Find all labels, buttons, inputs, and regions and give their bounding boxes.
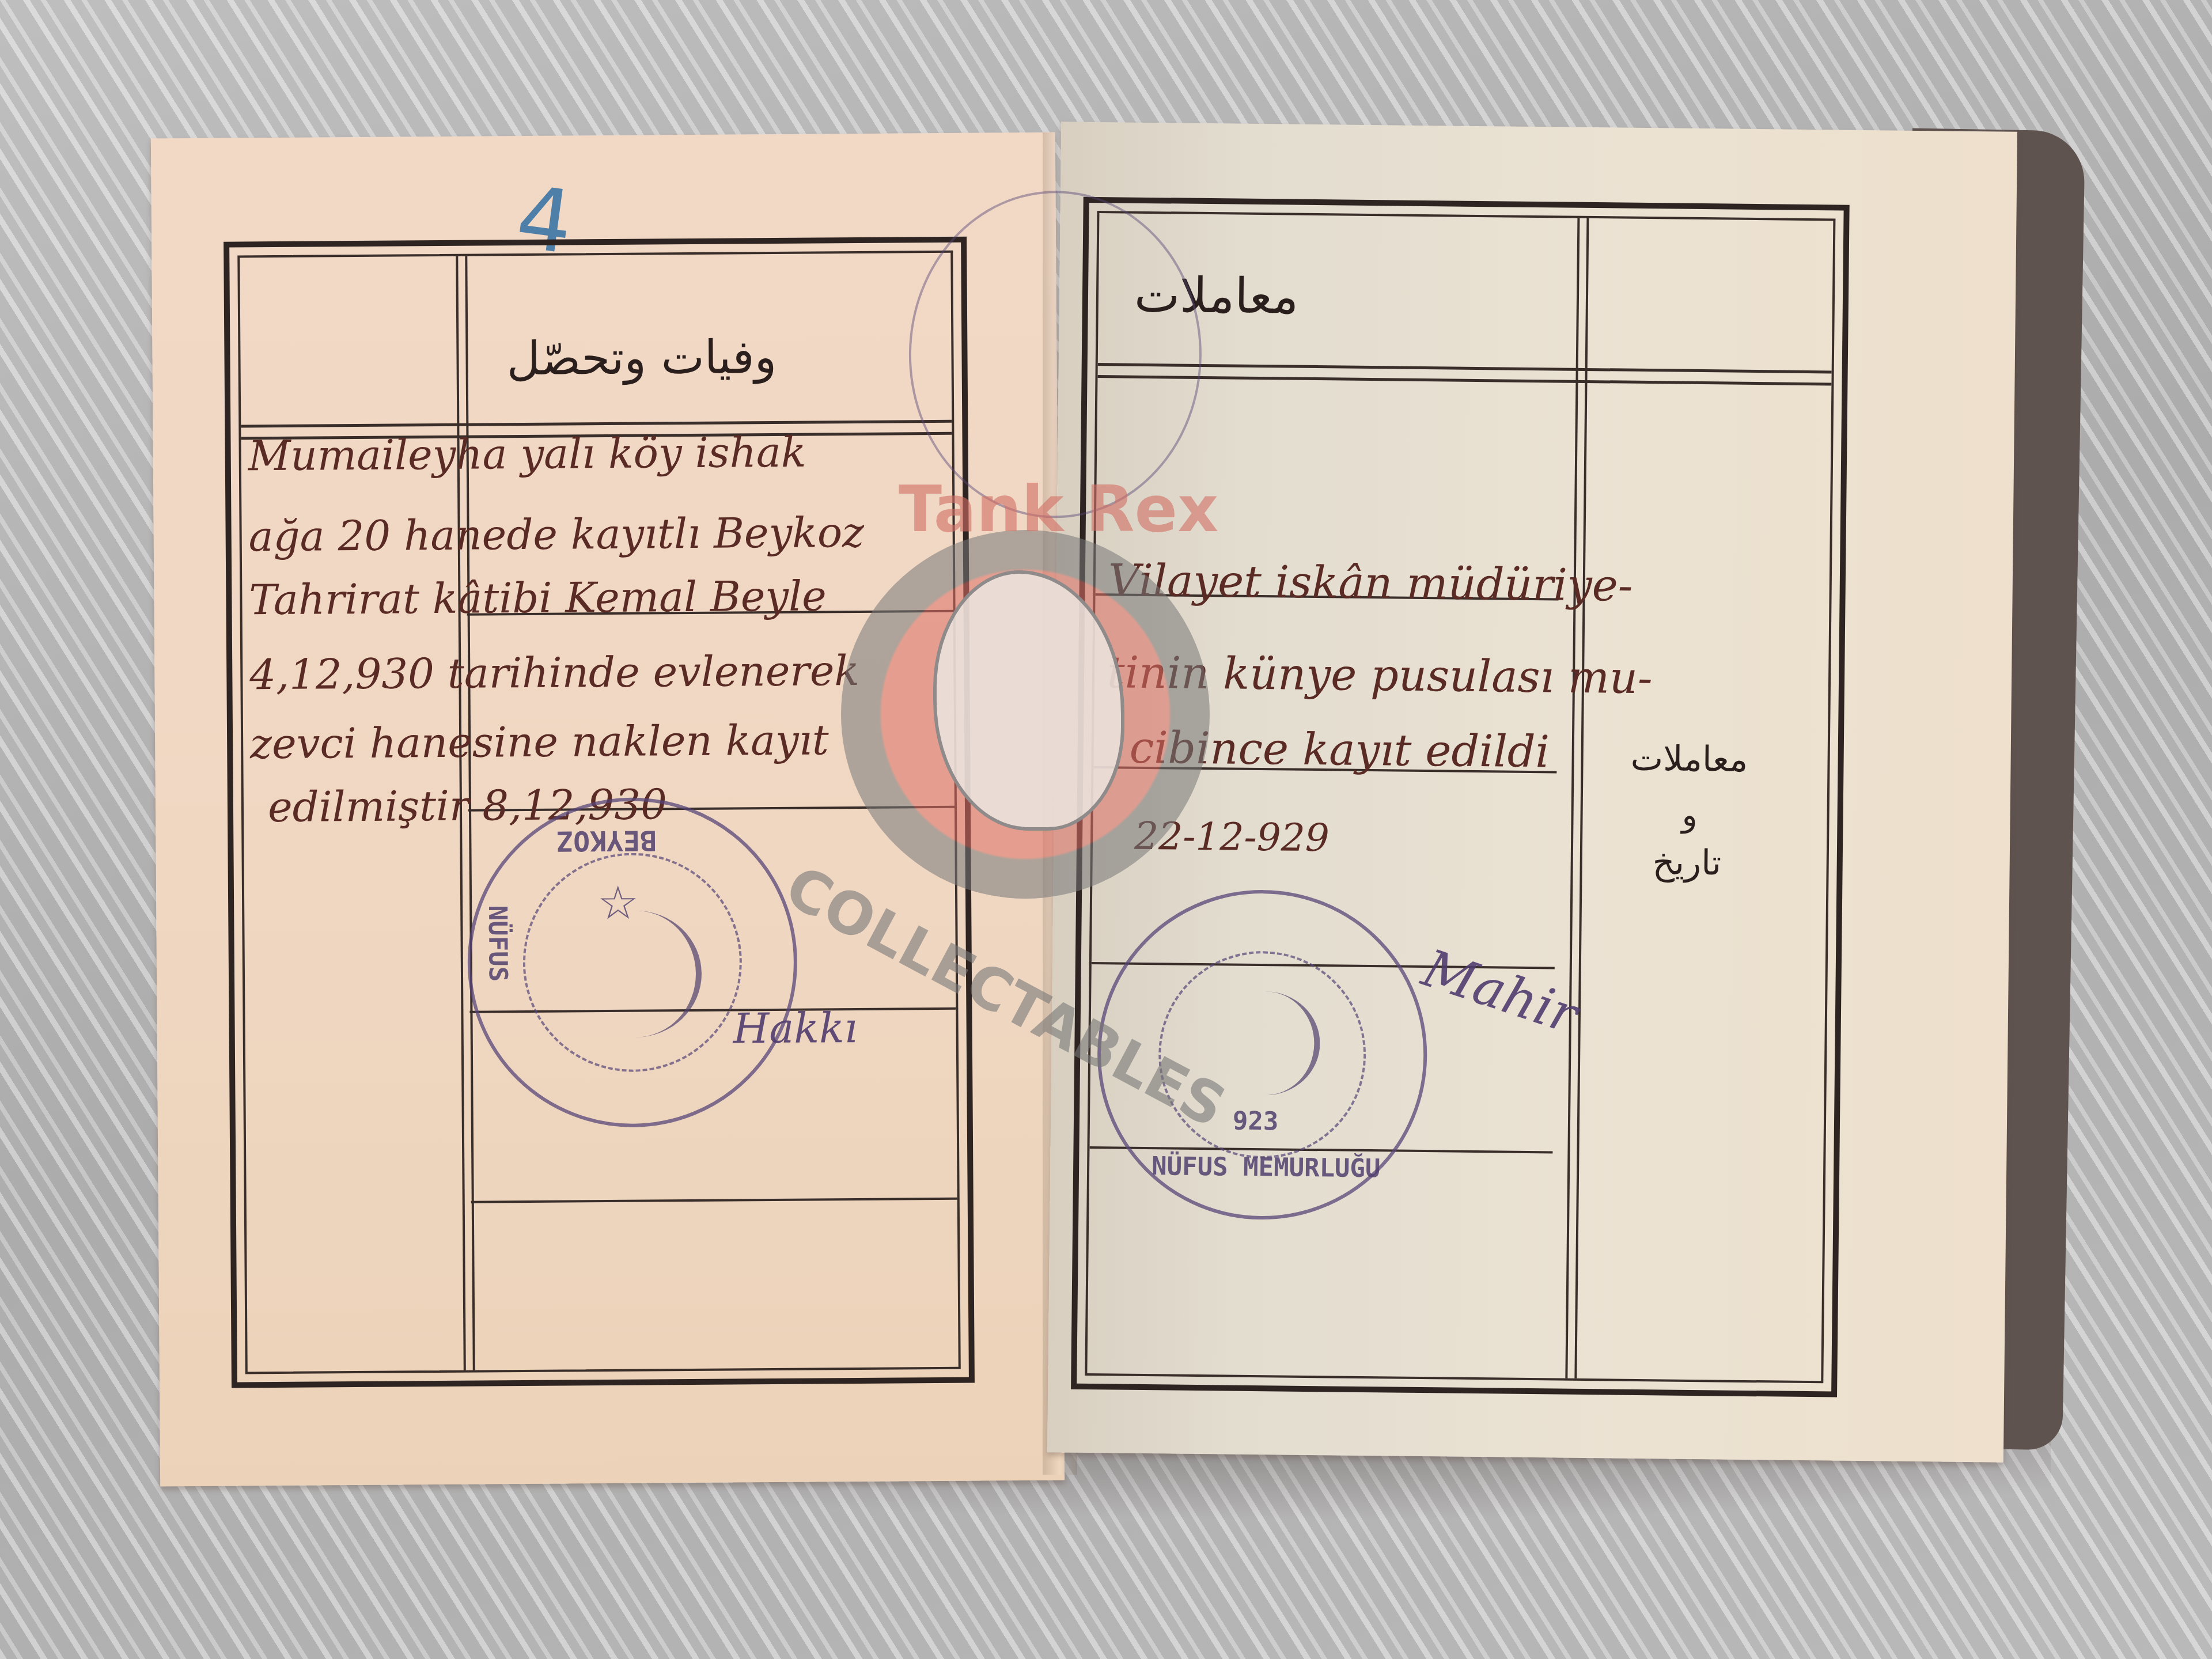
header-divider bbox=[1097, 363, 1831, 385]
signature: Hakkı bbox=[733, 1003, 858, 1053]
handwriting-line-3: Tahrirat kâtibi Kemal Beyle bbox=[249, 571, 827, 624]
handwriting-line-1: Mumaileyha yalı köy ishak bbox=[248, 428, 806, 480]
stamp-text-side: NÜFUS bbox=[483, 905, 513, 982]
side-label-2: و bbox=[1681, 797, 1698, 834]
row-divider bbox=[471, 1198, 957, 1203]
handwriting-line-5: zevci hanesine naklen kayıt bbox=[250, 715, 829, 768]
watermark-top-text: Tank Rex bbox=[899, 472, 1218, 546]
left-page-header: وفيات وتحصّل bbox=[506, 330, 777, 385]
handwriting-line-1: Vilayet iskân müdüriye- bbox=[1108, 554, 1633, 611]
crescent-icon bbox=[569, 910, 702, 1038]
beykoz-nufus-stamp: BEYKOZ NÜFUS ☆ bbox=[467, 797, 798, 1128]
handwriting-line-2: ağa 20 hanede kayıtlı Beykoz bbox=[248, 508, 864, 560]
side-label-3: تاريخ bbox=[1652, 842, 1721, 883]
right-page: معاملات Vilayet iskân müdüriye- tinin kü… bbox=[1047, 122, 2017, 1462]
side-label-1: معاملات bbox=[1630, 738, 1748, 780]
column-divider bbox=[1565, 218, 1589, 1378]
stamp-year: 923 bbox=[1233, 1107, 1279, 1137]
stamp-text-bottom: NÜFUS MEMURLUĞU bbox=[1152, 1152, 1381, 1183]
handwriting-line-4: 4,12,930 tarihinde evlenerek bbox=[249, 646, 859, 699]
stamp-text-top: BEYKOZ bbox=[556, 824, 657, 857]
